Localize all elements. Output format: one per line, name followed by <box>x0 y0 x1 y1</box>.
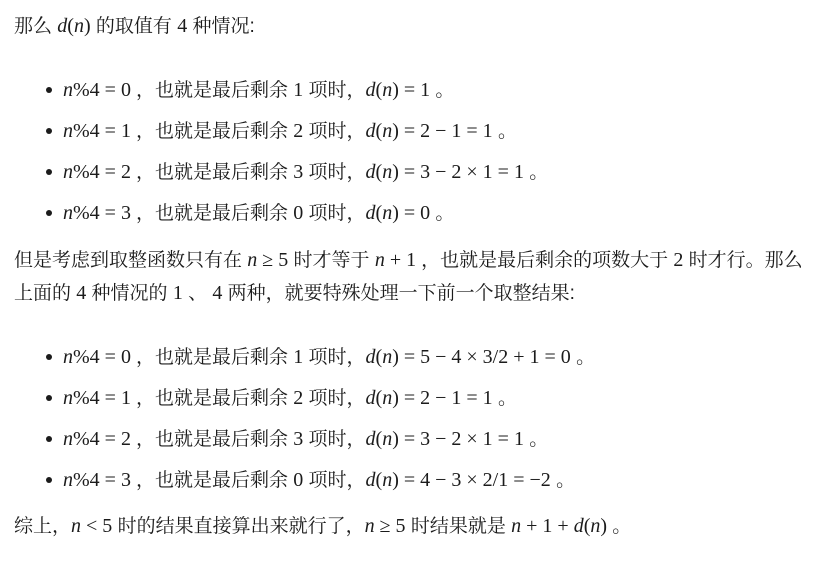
text-segment: 。 <box>430 203 454 224</box>
math-segment: n <box>71 515 81 537</box>
text-segment: 。 <box>607 516 631 537</box>
text-segment: 项时， <box>303 470 365 491</box>
math-segment: n <box>365 515 375 537</box>
math-segment: n <box>590 515 600 537</box>
math-segment: %4 = 0 <box>73 79 136 101</box>
text-segment: 、 <box>183 283 213 304</box>
text-segment: 。 <box>551 470 575 491</box>
math-segment: n <box>382 387 392 409</box>
text-segment: 时才等于 <box>288 250 375 271</box>
math-segment: 3 <box>293 428 303 450</box>
list-item: n%4 = 1 ，也就是最后剩余 2 项时，d(n) = 2 − 1 = 1 。 <box>63 119 814 144</box>
text-segment: 种情况的 <box>86 283 173 304</box>
math-segment: n <box>382 469 392 491</box>
list-item: n%4 = 3 ，也就是最后剩余 0 项时，d(n) = 4 − 3 × 2/1… <box>63 468 814 493</box>
list-item: n%4 = 3 ，也就是最后剩余 0 项时，d(n) = 0 。 <box>63 201 814 226</box>
text-segment: ，也就是最后剩余 <box>136 388 293 409</box>
math-segment: n <box>382 202 392 224</box>
math-segment: ) = 4 − 3 × 2/1 = −2 <box>392 469 551 491</box>
list-item: n%4 = 0 ，也就是最后剩余 1 项时，d(n) = 5 − 4 × 3/2… <box>63 345 814 370</box>
paragraph-intro: 那么 d(n) 的取值有 4 种情况: <box>14 13 814 40</box>
text-segment: 。 <box>493 388 517 409</box>
math-segment: ) = 0 <box>392 202 430 224</box>
math-segment: d <box>366 161 376 183</box>
math-segment: %4 = 2 <box>73 161 136 183</box>
math-segment: d <box>366 202 376 224</box>
text-segment: 时的结果直接算出来就行了， <box>112 516 364 537</box>
text-segment: 项时， <box>303 388 365 409</box>
math-segment: %4 = 1 <box>73 387 136 409</box>
list-item: n%4 = 2 ，也就是最后剩余 3 项时，d(n) = 3 − 2 × 1 =… <box>63 160 814 185</box>
text-segment: ，也就是最后剩余 <box>136 162 293 183</box>
math-segment: ≥ 5 <box>257 249 288 271</box>
paragraph-note: 但是考虑到取整函数只有在 n ≥ 5 时才等于 n + 1 ，也就是最后剩余的项… <box>14 244 814 310</box>
list-item: n%4 = 2 ，也就是最后剩余 3 项时，d(n) = 3 − 2 × 1 =… <box>63 427 814 452</box>
case-list-1: n%4 = 0 ，也就是最后剩余 1 项时，d(n) = 1 。 n%4 = 1… <box>14 78 814 226</box>
math-segment: 2 <box>673 249 683 271</box>
math-segment: + 1 + <box>521 515 574 537</box>
math-segment: n <box>511 515 521 537</box>
math-segment: d <box>366 120 376 142</box>
text-segment: 时结果就是 <box>406 516 512 537</box>
math-segment: ) = 3 − 2 × 1 = 1 <box>392 161 524 183</box>
math-segment: 2 <box>293 120 303 142</box>
math-segment: %4 = 0 <box>73 346 136 368</box>
text-segment: ，也就是最后剩余 <box>136 80 293 101</box>
math-segment: n <box>382 346 392 368</box>
math-segment: n <box>382 161 392 183</box>
text-segment: 。 <box>524 162 548 183</box>
math-segment: n <box>63 428 73 450</box>
text-segment: 那么 <box>14 16 57 37</box>
text-segment: 种情况: <box>187 16 255 37</box>
math-segment: 3 <box>293 161 303 183</box>
text-segment: ，也就是最后剩余 <box>136 429 293 450</box>
math-segment: d <box>366 428 376 450</box>
text-segment: ，也就是最后剩余的项数大于 <box>421 250 673 271</box>
text-segment: ，也就是最后剩余 <box>136 347 293 368</box>
math-segment: d <box>57 15 67 37</box>
math-segment: n <box>74 15 84 37</box>
math-segment: d <box>366 79 376 101</box>
text-segment: 项时， <box>303 429 365 450</box>
math-segment: 2 <box>293 387 303 409</box>
math-segment: 4 <box>76 282 86 304</box>
math-segment: n <box>382 79 392 101</box>
math-segment: 1 <box>293 346 303 368</box>
math-segment: %4 = 2 <box>73 428 136 450</box>
math-segment: + 1 <box>385 249 421 271</box>
text-segment: 。 <box>524 429 548 450</box>
math-segment: d <box>366 469 376 491</box>
text-segment: 的取值有 <box>91 16 178 37</box>
math-segment: 4 <box>212 282 222 304</box>
text-segment: 项时， <box>303 80 365 101</box>
math-segment: d <box>366 387 376 409</box>
list-item: n%4 = 0 ，也就是最后剩余 1 项时，d(n) = 1 。 <box>63 78 814 103</box>
text-segment: 项时， <box>303 121 365 142</box>
text-segment: 。 <box>571 347 595 368</box>
math-segment: d <box>574 515 584 537</box>
math-segment: n <box>375 249 385 271</box>
math-segment: n <box>382 120 392 142</box>
text-segment: 项时， <box>303 162 365 183</box>
text-segment: 。 <box>493 121 517 142</box>
math-segment: ) = 2 − 1 = 1 <box>392 120 493 142</box>
text-segment: 两种，就要特殊处理一下前一个取整结果: <box>222 283 575 304</box>
math-segment: n <box>63 346 73 368</box>
text-segment: ，也就是最后剩余 <box>136 203 293 224</box>
text-segment: ，也就是最后剩余 <box>136 121 293 142</box>
math-segment: 1 <box>173 282 183 304</box>
math-segment: ≥ 5 <box>375 515 406 537</box>
math-segment: n <box>63 469 73 491</box>
math-segment: n <box>63 79 73 101</box>
math-segment: ) = 5 − 4 × 3/2 + 1 = 0 <box>392 346 571 368</box>
text-segment: 项时， <box>303 347 365 368</box>
math-segment: n <box>63 202 73 224</box>
text-segment: 项时， <box>303 203 365 224</box>
math-segment: %4 = 3 <box>73 202 136 224</box>
math-segment: 4 <box>177 15 187 37</box>
text-segment: ，也就是最后剩余 <box>136 470 293 491</box>
math-segment: 1 <box>293 79 303 101</box>
math-segment: 0 <box>293 469 303 491</box>
math-segment: n <box>382 428 392 450</box>
math-segment: %4 = 3 <box>73 469 136 491</box>
math-segment: n <box>63 161 73 183</box>
math-segment: ) = 2 − 1 = 1 <box>392 387 493 409</box>
math-segment: ) = 3 − 2 × 1 = 1 <box>392 428 524 450</box>
math-segment: %4 = 1 <box>73 120 136 142</box>
math-segment: n <box>247 249 257 271</box>
math-segment: n <box>63 120 73 142</box>
math-segment: ) = 1 <box>392 79 430 101</box>
case-list-2: n%4 = 0 ，也就是最后剩余 1 项时，d(n) = 5 − 4 × 3/2… <box>14 345 814 493</box>
text-segment: 综上， <box>14 516 71 537</box>
math-segment: n <box>63 387 73 409</box>
paragraph-conclusion: 综上，n < 5 时的结果直接算出来就行了，n ≥ 5 时结果就是 n + 1 … <box>14 514 814 539</box>
math-segment: < 5 <box>81 515 112 537</box>
math-segment: 0 <box>293 202 303 224</box>
list-item: n%4 = 1 ，也就是最后剩余 2 项时，d(n) = 2 − 1 = 1 。 <box>63 386 814 411</box>
math-segment: ( <box>67 15 74 37</box>
article-content: 那么 d(n) 的取值有 4 种情况: n%4 = 0 ，也就是最后剩余 1 项… <box>0 0 838 564</box>
math-segment: d <box>366 346 376 368</box>
text-segment: 。 <box>430 80 454 101</box>
math-segment: ) <box>84 15 91 37</box>
text-segment: 但是考虑到取整函数只有在 <box>14 250 247 271</box>
